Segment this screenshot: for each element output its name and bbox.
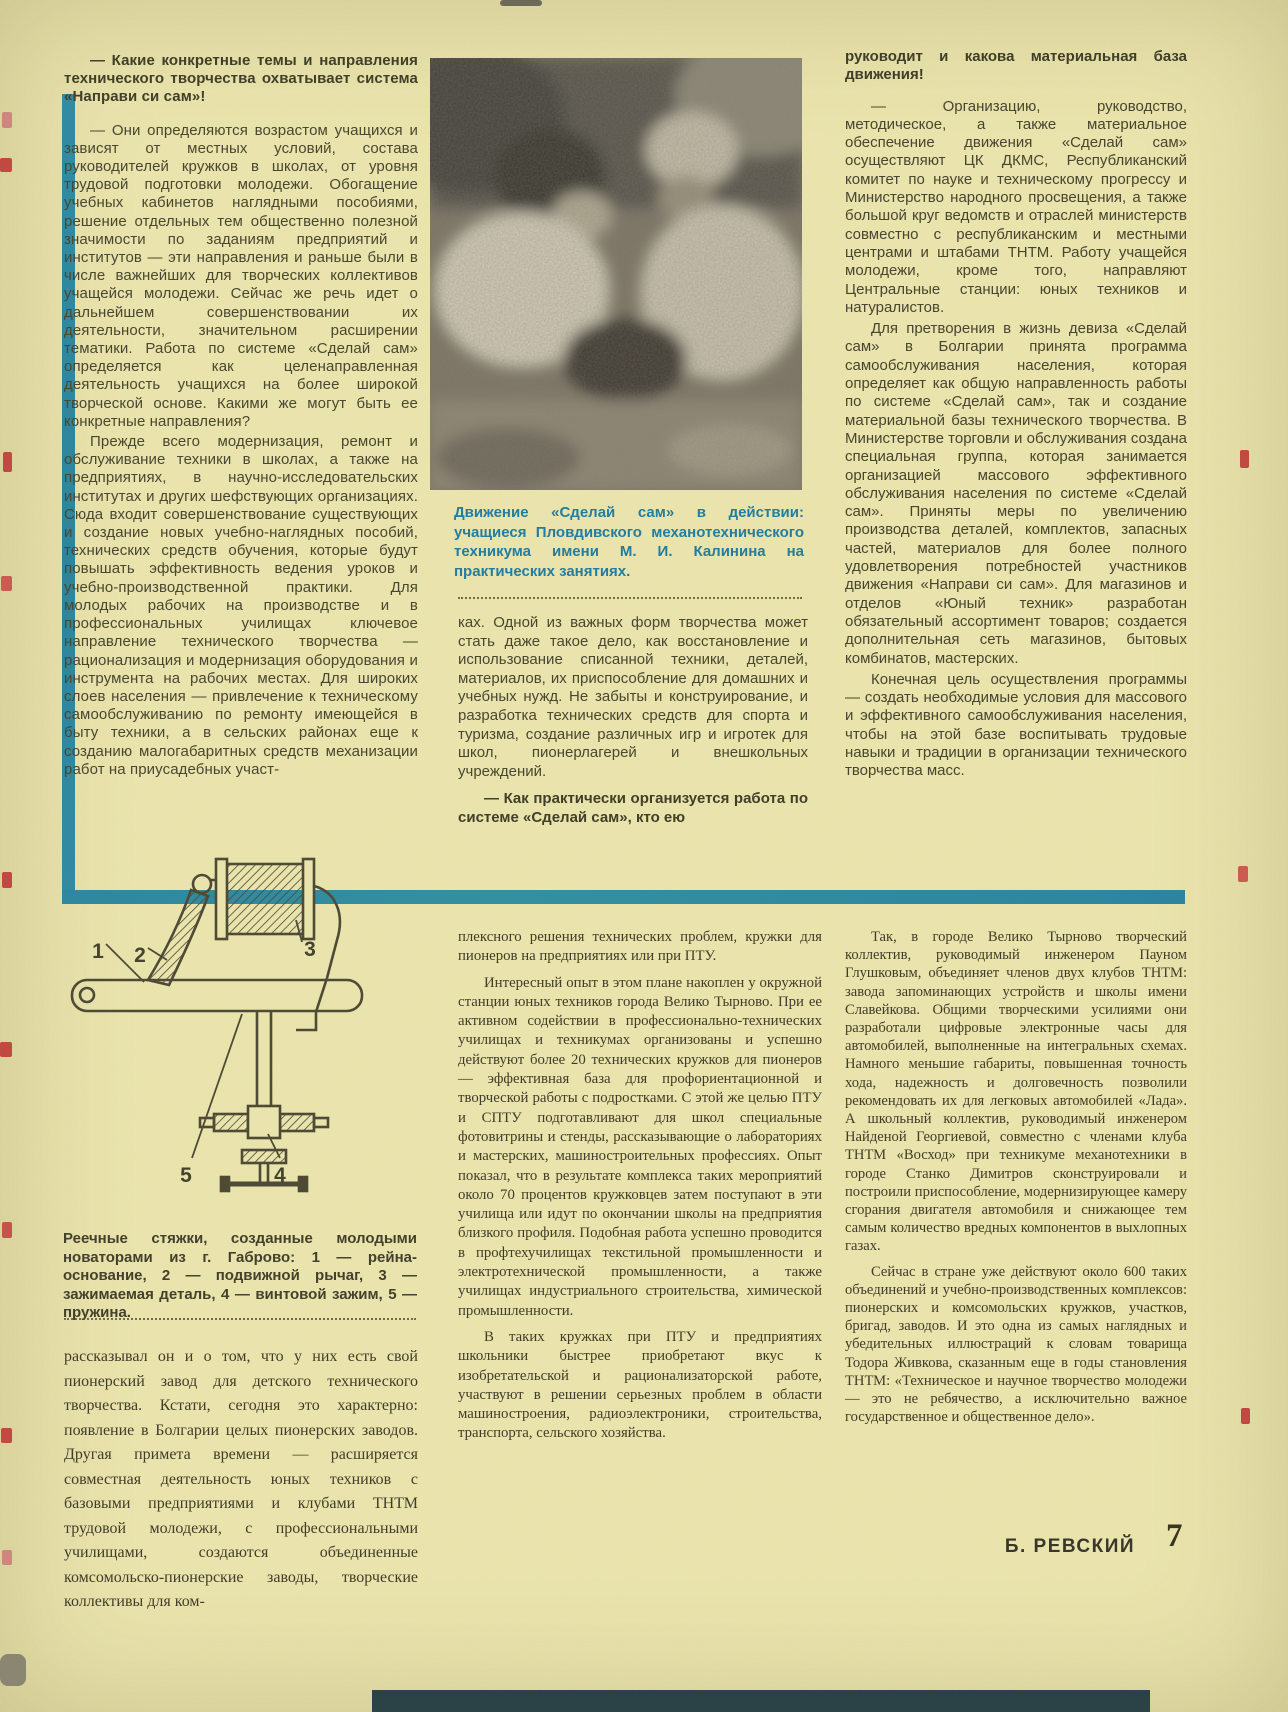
interview-column-3: руководит и какова материальная база дви… [845, 48, 1187, 781]
scan-mark [1240, 450, 1249, 468]
scan-mark [0, 1042, 12, 1057]
interview-answer-paragraph: Прежде всего модернизация, ремонт и обсл… [64, 433, 418, 779]
scan-mark [1241, 1408, 1250, 1424]
interview-column-2: ках. Одной из важных форм творчества мож… [458, 614, 808, 828]
article-paragraph: плексного решения технических проблем, к… [458, 928, 822, 967]
interview-answer-paragraph: Конечная цель осуществления программы — … [845, 671, 1187, 781]
scan-mark [0, 158, 12, 172]
magazine-page: — Какие конкретные темы и направления те… [0, 0, 1288, 1712]
scan-mark [1, 1428, 12, 1443]
photo-caption: Движение «Сделай сам» в действии: учащие… [454, 503, 804, 581]
diagram-caption: Реечные стяжки, созданные молодыми новат… [63, 1230, 417, 1323]
bottom-rule [372, 1690, 1150, 1712]
scan-mark [1, 576, 12, 591]
page-number: 7 [1166, 1518, 1183, 1555]
clamp-diagram: 1 2 3 4 5 [64, 852, 420, 1224]
interview-answer-paragraph: ках. Одной из важных форм творчества мож… [458, 614, 808, 781]
article-paragraph: В таких кружках при ПТУ и предприятиях ш… [458, 1328, 822, 1444]
bottom-article-column-3: Так, в городе Велико Тырново творческий … [845, 928, 1187, 1426]
interview-answer-paragraph: Для претворения в жизнь девиза «Сделай с… [845, 320, 1187, 668]
diagram-label: 5 [180, 1164, 192, 1187]
article-paragraph: Так, в городе Велико Тырново творческий … [845, 928, 1187, 1256]
article-photo [430, 58, 802, 490]
interview-column-1: — Какие конкретные темы и направления те… [64, 52, 418, 779]
scan-mark [2, 1550, 12, 1565]
scan-mark [2, 112, 12, 128]
interview-question-2-continued: руководит и какова материальная база дви… [845, 48, 1187, 85]
interview-question-1: — Какие конкретные темы и направления те… [64, 52, 418, 107]
diagram-label: 3 [304, 938, 316, 961]
scan-mark [2, 872, 12, 888]
diagram-label: 4 [274, 1164, 286, 1187]
dotted-divider [458, 597, 802, 599]
dotted-divider [64, 1318, 416, 1320]
clamp-line-drawing: 1 2 3 4 5 [64, 852, 420, 1224]
interview-answer-paragraph: — Организацию, руководство, методическое… [845, 98, 1187, 318]
interview-answer-paragraph: — Они определяются возрастом учащихся и … [64, 122, 418, 431]
diagram-label: 1 [92, 940, 104, 963]
scan-mark [3, 452, 12, 472]
bottom-article-column-1: рассказывал он и о том, что у них есть с… [64, 1345, 418, 1615]
interview-question-2: — Как практически организуется работа по… [458, 790, 808, 827]
scan-smudge [500, 0, 542, 6]
article-paragraph: Интересный опыт в этом плане накоплен у … [458, 974, 822, 1321]
author-byline: Б. РЕВСКИЙ [835, 1536, 1135, 1558]
scan-mark [1238, 866, 1248, 882]
scan-mark [2, 1222, 12, 1238]
bottom-article-column-2: плексного решения технических проблем, к… [458, 928, 822, 1444]
article-paragraph: рассказывал он и о том, что у них есть с… [64, 1345, 418, 1615]
article-paragraph: Сейчас в стране уже действуют около 600 … [845, 1263, 1187, 1427]
halftone-photo-illustration [430, 58, 802, 490]
scan-smudge [0, 1654, 26, 1686]
diagram-label: 2 [134, 944, 146, 967]
